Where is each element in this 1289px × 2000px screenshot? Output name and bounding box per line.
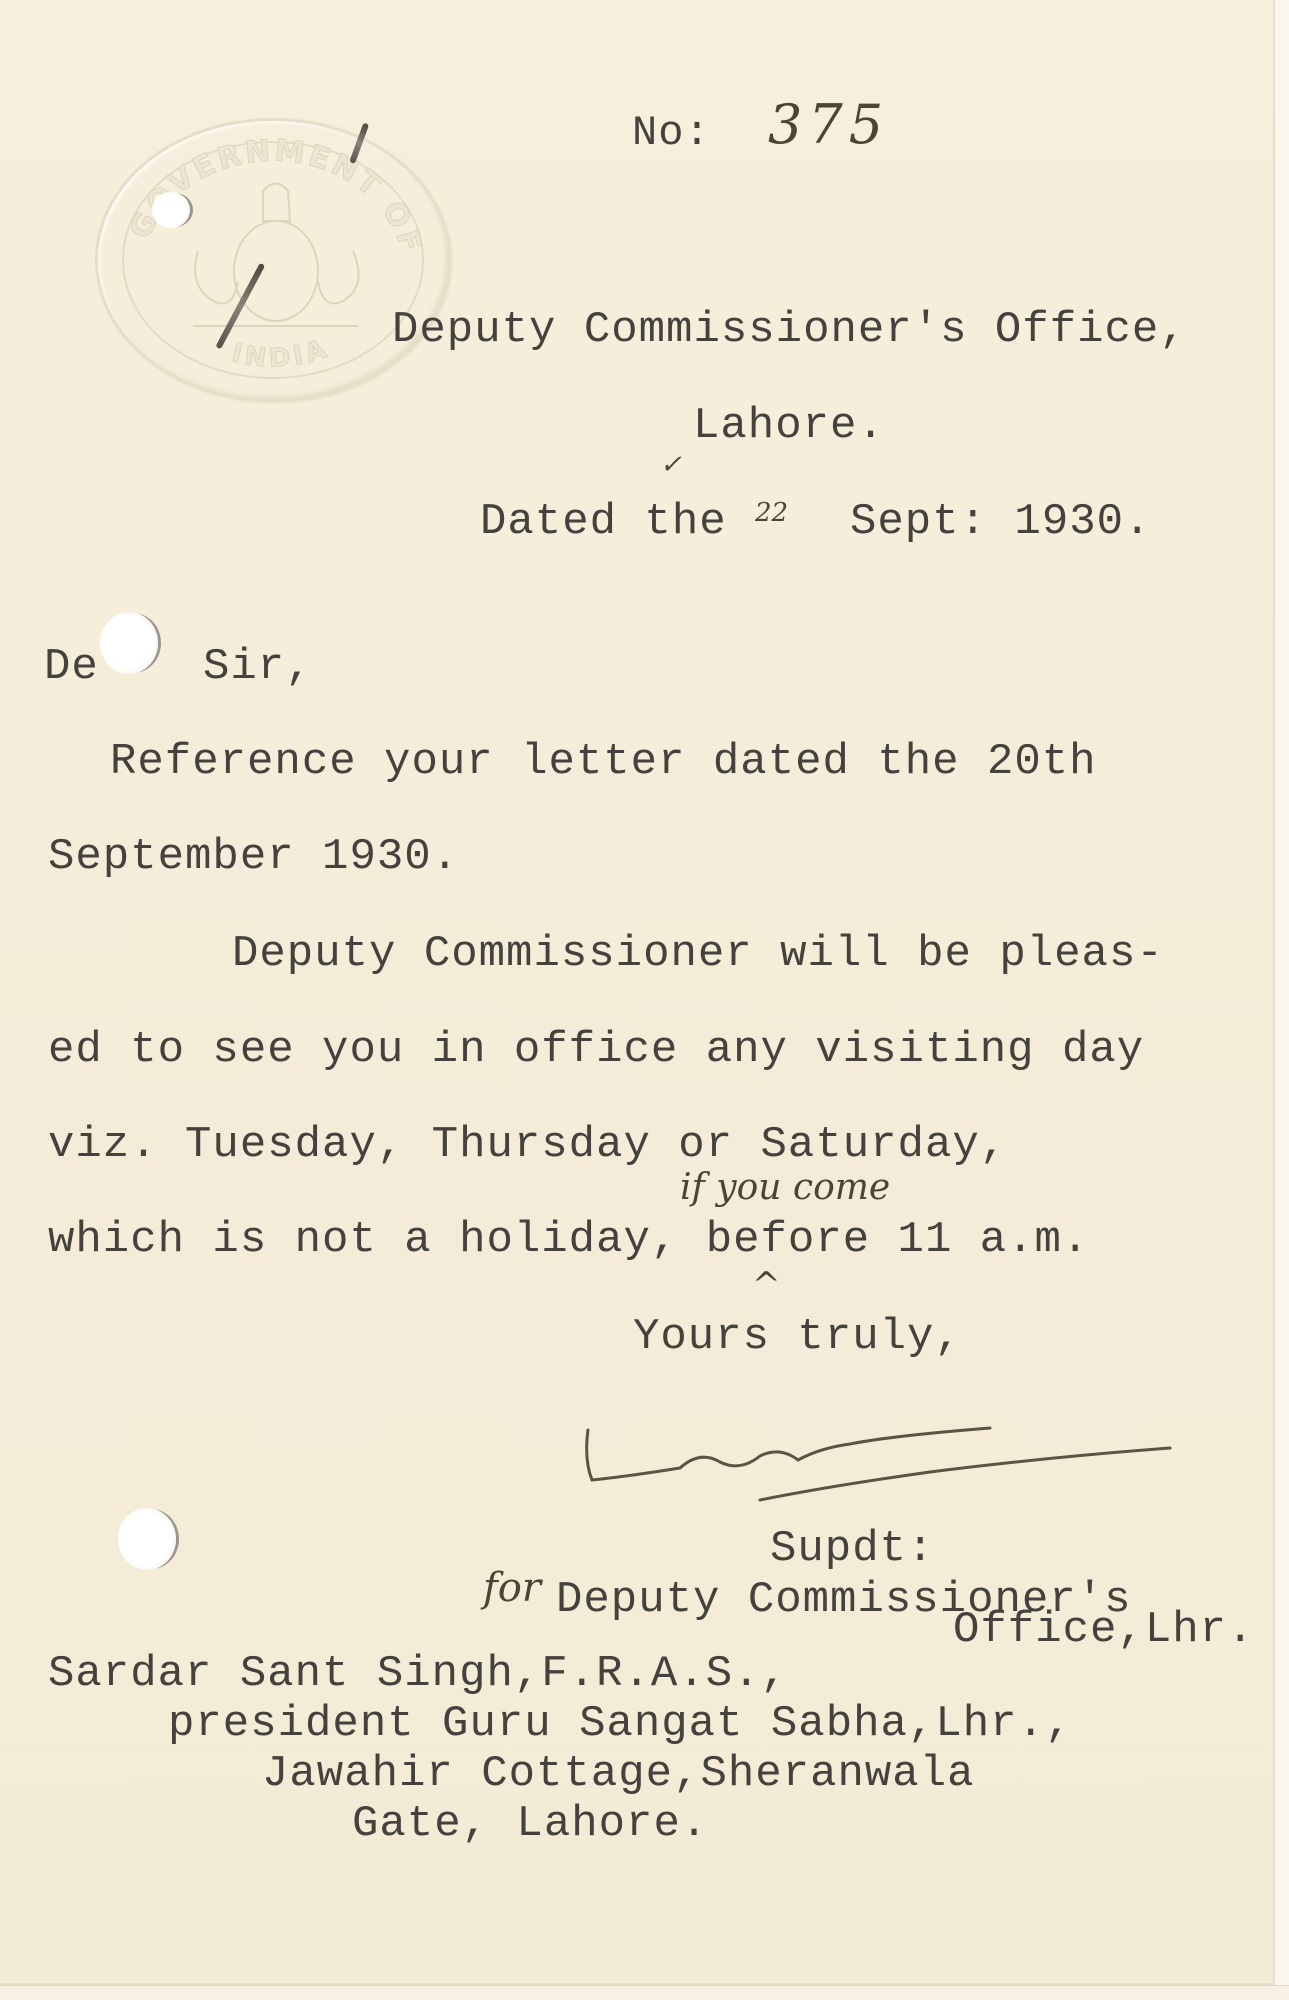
seal-emblem-icon: GOVERNMENT OF INDIA (98, 121, 448, 399)
punch-hole-lower (118, 1508, 176, 1570)
body-para2-line4: which is not a holiday, before 11 a.m. (48, 1218, 1089, 1262)
svg-text:INDIA: INDIA (229, 333, 334, 374)
salutation-end: Sir, (203, 645, 313, 689)
city-line: Lahore. (693, 404, 885, 448)
office-line: Deputy Commissioner's Office, (392, 308, 1187, 352)
insertion-caret: ^ (752, 1268, 781, 1302)
body-para2-line3: viz. Tuesday, Thursday or Saturday, (48, 1123, 1007, 1167)
body-para1-line1: Reference your letter dated the 20th (110, 740, 1097, 784)
government-of-india-seal: GOVERNMENT OF INDIA (95, 118, 451, 402)
body-para2-line1: Deputy Commissioner will be pleas- (232, 932, 1164, 976)
body-para1-line2: September 1930. (48, 835, 459, 879)
date-suffix: Sept: 1930. (850, 500, 1151, 544)
handwritten-insertion: if you come (680, 1170, 890, 1206)
date-day-handwritten: 22 (755, 500, 788, 526)
paper-edge-bottom (0, 1985, 1289, 2000)
punch-hole-salutation (100, 612, 158, 674)
reference-number-label: No: (632, 112, 711, 154)
paper-edge-right (1275, 0, 1289, 2000)
recipient-address-line1: Jawahir Cottage,Sheranwala (262, 1752, 975, 1796)
date-prefix: Dated the (480, 500, 727, 544)
recipient-address-line2: Gate, Lahore. (352, 1802, 708, 1846)
signatory-title: Supdt: (770, 1527, 934, 1571)
date-check-mark: ✓ (660, 452, 682, 478)
body-para2-line2: ed to see you in office any visiting day (48, 1028, 1144, 1072)
recipient-position: president Guru Sangat Sabha,Lhr., (168, 1702, 1072, 1746)
signature-icon (570, 1400, 1190, 1520)
signatory-office-line2: Office,Lhr. (953, 1608, 1254, 1652)
signatory-for-handwritten: for (483, 1568, 541, 1608)
salutation-start: De (44, 645, 99, 689)
punch-hole-seal (152, 192, 190, 228)
recipient-name: Sardar Sant Singh,F.R.A.S., (48, 1652, 788, 1696)
valediction: Yours truly, (633, 1315, 962, 1359)
reference-number-handwritten: 375 (768, 98, 889, 152)
